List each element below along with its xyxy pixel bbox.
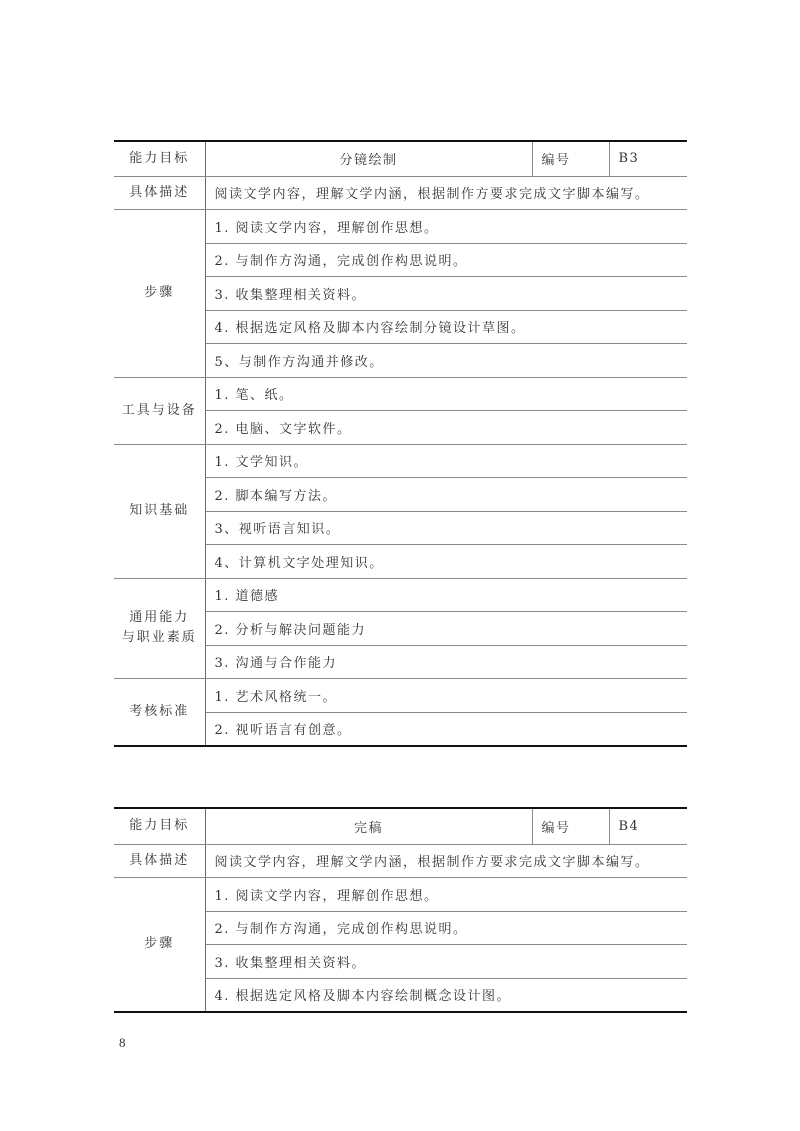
steps-label: 步骤 [114,878,205,1012]
assessment-label: 考核标准 [114,679,205,746]
general-ability-label-line2: 与职业素质 [114,628,205,648]
goal-value: 完稿 [205,808,532,844]
table-row: 步骤 1. 阅读文学内容，理解创作思想。 [114,878,687,912]
code-label: 编号 [532,808,609,844]
table-row: 知识基础 1. 文学知识。 [114,444,687,478]
tool-item: 1. 笔、纸。 [205,377,687,411]
assessment-item: 2. 视听语言有创意。 [205,712,687,746]
page-number: 8 [119,1035,126,1051]
step-item: 3. 收集整理相关资料。 [205,277,687,311]
step-item: 1. 阅读文学内容，理解创作思想。 [205,210,687,244]
table-row: 步骤 1. 阅读文学内容，理解创作思想。 [114,210,687,244]
knowledge-item: 3、视听语言知识。 [205,511,687,545]
tool-item: 2. 电脑、文字软件。 [205,411,687,445]
step-item: 1. 阅读文学内容，理解创作思想。 [205,878,687,912]
goal-label: 能力目标 [114,808,205,844]
general-ability-label-line1: 通用能力 [114,608,205,628]
steps-label: 步骤 [114,210,205,378]
ability-table-b3: 能力目标 分镜绘制 编号 B3 具体描述 阅读文学内容，理解文学内涵，根据制作方… [114,140,687,747]
goal-value: 分镜绘制 [205,141,532,176]
step-item: 3. 收集整理相关资料。 [205,945,687,979]
step-item: 4. 根据选定风格及脚本内容绘制概念设计图。 [205,978,687,1012]
code-value: B3 [609,141,687,176]
description-value: 阅读文学内容，理解文学内涵，根据制作方要求完成文字脚本编写。 [205,844,687,878]
step-item: 2. 与制作方沟通，完成创作构思说明。 [205,911,687,945]
knowledge-item: 1. 文学知识。 [205,444,687,478]
knowledge-label: 知识基础 [114,444,205,578]
description-label: 具体描述 [114,844,205,878]
table-header-row: 能力目标 分镜绘制 编号 B3 [114,141,687,176]
step-item: 2. 与制作方沟通，完成创作构思说明。 [205,243,687,277]
step-item: 4. 根据选定风格及脚本内容绘制分镜设计草图。 [205,310,687,344]
description-value: 阅读文学内容，理解文学内涵，根据制作方要求完成文字脚本编写。 [205,176,687,210]
general-ability-item: 3. 沟通与合作能力 [205,645,687,679]
knowledge-item: 2. 脚本编写方法。 [205,478,687,512]
tools-label: 工具与设备 [114,377,205,444]
knowledge-item: 4、计算机文字处理知识。 [205,545,687,579]
description-row: 具体描述 阅读文学内容，理解文学内涵，根据制作方要求完成文字脚本编写。 [114,844,687,878]
step-item: 5、与制作方沟通并修改。 [205,344,687,378]
assessment-item: 1. 艺术风格统一。 [205,679,687,713]
code-value: B4 [609,808,687,844]
table-row: 工具与设备 1. 笔、纸。 [114,377,687,411]
table-header-row: 能力目标 完稿 编号 B4 [114,808,687,844]
ability-table-b4: 能力目标 完稿 编号 B4 具体描述 阅读文学内容，理解文学内涵，根据制作方要求… [114,807,687,1013]
general-ability-item: 2. 分析与解决问题能力 [205,612,687,646]
description-row: 具体描述 阅读文学内容，理解文学内涵，根据制作方要求完成文字脚本编写。 [114,176,687,210]
general-ability-item: 1. 道德感 [205,578,687,612]
table-row: 考核标准 1. 艺术风格统一。 [114,679,687,713]
goal-label: 能力目标 [114,141,205,176]
general-ability-label: 通用能力 与职业素质 [114,578,205,679]
table-row: 通用能力 与职业素质 1. 道德感 [114,578,687,612]
code-label: 编号 [532,141,609,176]
description-label: 具体描述 [114,176,205,210]
